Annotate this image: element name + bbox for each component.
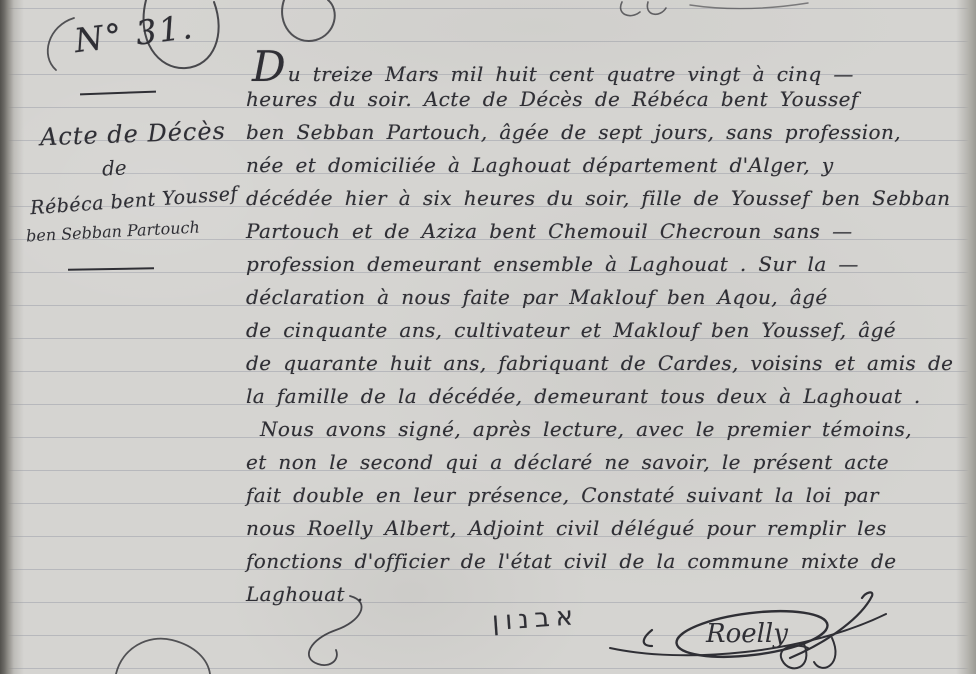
act-text-line: Partouch et de Aziza bent Chemouil Checr… xyxy=(246,215,966,248)
declarant-signature-hebrew: אבנון xyxy=(491,601,580,637)
act-text-line: la famille de la décédée, demeurant tous… xyxy=(246,380,966,413)
act-text-line: ben Sebban Partouch, âgée de sept jours,… xyxy=(246,116,966,149)
officer-signature-flourish: Roelly xyxy=(594,586,904,674)
act-text-line: de quarante huit ans, fabriquant de Card… xyxy=(246,347,966,380)
signature-descender-loop-2 xyxy=(814,638,836,668)
margin-title-connector: de xyxy=(101,155,127,180)
act-text-line: déclaration à nous faite par Maklouf ben… xyxy=(246,281,966,314)
act-text-line: profession demeurant ensemble à Laghouat… xyxy=(246,248,966,281)
act-text-line: et non le second qui a déclaré ne savoir… xyxy=(246,446,966,479)
binding-edge xyxy=(0,0,24,674)
act-text-line: de cinquante ans, cultivateur et Maklouf… xyxy=(246,314,966,347)
signature-lead-curl xyxy=(644,630,652,646)
scanned-register-page: N° 31. Acte de Décès de Rébéca bent Yous… xyxy=(0,0,976,674)
act-text-line: heures du soir. Acte de Décès de Rébéca … xyxy=(246,83,966,116)
act-text-line: décédée hier à six heures du soir, fille… xyxy=(246,182,966,215)
act-text-line: nous Roelly Albert, Adjoint civil délégu… xyxy=(246,512,966,545)
officer-signature-name: Roelly xyxy=(705,619,788,649)
officer-signature: Roelly xyxy=(594,586,904,674)
act-text-line: fait double en leur présence, Constaté s… xyxy=(246,479,966,512)
act-text-line: Du treize Mars mil huit cent quatre ving… xyxy=(246,50,966,83)
act-text-line: fonctions d'officier de l'état civil de … xyxy=(246,545,966,578)
act-text-line: Nous avons signé, après lecture, avec le… xyxy=(246,413,966,446)
act-text-line: née et domiciliée à Laghouat département… xyxy=(246,149,966,182)
act-body: Du treize Mars mil huit cent quatre ving… xyxy=(246,50,966,611)
